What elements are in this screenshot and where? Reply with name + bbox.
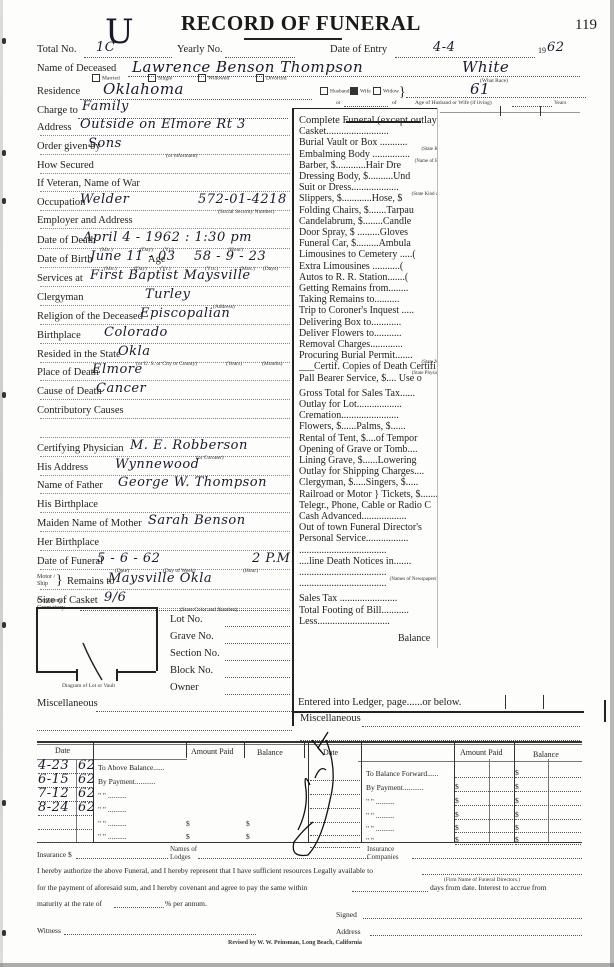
ledger-amount-field[interactable]: $ [186, 819, 190, 828]
field-note: (Social Security Number) [218, 209, 275, 215]
field-value[interactable]: 5 - 6 - 62 [97, 551, 160, 566]
field-value[interactable]: Elmore [92, 362, 143, 377]
dotted-leader [512, 106, 552, 107]
charge-item: Barber, $............Hair Dre [299, 160, 438, 171]
checkbox-checked[interactable] [350, 87, 358, 95]
checkbox-label: Divorced [266, 75, 286, 81]
ledger-amount-sign: $ [455, 810, 459, 819]
ledger-col [244, 743, 245, 758]
ledger-date-value[interactable]: 8-24 [38, 800, 69, 815]
date-of-entry-label: Date of Entry [330, 44, 387, 55]
lot-diagram-notch-left [76, 669, 78, 681]
years-label: Years [554, 100, 566, 106]
ledger-balance-field[interactable] [515, 805, 581, 806]
ledger-amount-sign: $ [455, 796, 459, 805]
witness-field[interactable] [64, 934, 256, 935]
charge-item: Total Footing of Bill........... [299, 605, 438, 616]
binder-hole-mark [2, 198, 6, 204]
field-value[interactable]: M. E. Robberson [130, 438, 248, 453]
dotted-leader [40, 135, 290, 136]
charge-item: Cash Advanced.................. [299, 511, 438, 522]
dotted-leader [76, 858, 168, 859]
maturity-text: maturity at the rate of [37, 899, 102, 908]
charge-item: Burial Vault or Box ........... [299, 137, 438, 148]
total-no-label: Total No. [37, 44, 77, 55]
field-value[interactable]: Outside on Elmore Rt 3 [80, 117, 246, 132]
date-of-entry-year[interactable]: 62 [547, 40, 565, 55]
revised-by-text: Revised by W. W. Peinsman, Long Beach, C… [228, 940, 362, 946]
ledger-description: " " .......... [98, 805, 127, 814]
days-text: days from date. Interest to accrue from [430, 883, 546, 892]
ledger-left-amount-header: Amount Paid [191, 747, 233, 756]
dotted-leader [38, 815, 92, 816]
dotted-leader [128, 76, 580, 77]
ledger-balance-field[interactable]: $ [246, 832, 250, 841]
field-note: (Days) [263, 266, 278, 272]
ledger-entry-text: Entered into Ledger, page......or below. [298, 697, 461, 708]
or-label: or [336, 100, 341, 106]
charge-item: Sales Tax ....................... [299, 593, 438, 604]
binder-hole-mark [2, 800, 6, 806]
ledger-description: " " .......... [366, 824, 395, 833]
field-label: Name of Father [37, 480, 103, 491]
ledger-description: " " .......... [98, 791, 127, 800]
binder-hole-mark [2, 930, 6, 936]
ledger-balance-sign: $ [515, 823, 519, 832]
field-label: Birthplace [37, 330, 81, 341]
charges-panel: Complete Funeral (except outlayCasket...… [292, 108, 438, 714]
dotted-leader [40, 343, 290, 344]
lot-field-input[interactable] [225, 677, 290, 678]
field-value[interactable]: Welder [80, 192, 129, 207]
charge-item: Clergyman, $.....Singers, $..... [299, 477, 438, 488]
residence-value[interactable]: Oklahoma [103, 80, 184, 98]
field-value[interactable]: April 4 - 1962 : 1:30 pm [83, 230, 252, 245]
date-of-entry-value[interactable]: 4-4 [433, 40, 455, 55]
ledger-description: " " .......... [366, 811, 395, 820]
lot-field-label: Section No. [170, 648, 220, 659]
lot-field-input[interactable] [225, 643, 290, 644]
binder-hole-mark [2, 150, 6, 156]
age-value[interactable]: 58 - 9 - 23 [194, 249, 266, 264]
dotted-leader [114, 907, 164, 908]
dotted-leader [362, 726, 580, 727]
ledger-balance-sign: $ [515, 835, 519, 844]
binder-hole-mark [2, 392, 6, 398]
charge-item: Casket......................... [299, 126, 438, 137]
lot-diagram-base-right [116, 671, 156, 673]
paid-in-full-mark: Paid in Full [300, 780, 305, 781]
dotted-leader [352, 891, 428, 892]
lot-field-input[interactable] [225, 660, 290, 661]
ledger-amount-field[interactable] [455, 805, 513, 806]
ledger-col [489, 759, 490, 843]
field-label: Place of Death [37, 367, 99, 378]
field-value[interactable]: Turley [145, 287, 190, 302]
panel-left-border [292, 108, 294, 726]
dotted-leader [40, 493, 290, 494]
dotted-leader [40, 380, 290, 381]
dotted-leader [422, 874, 582, 875]
field-note: (Months) [262, 361, 282, 367]
charge-item: Delivering Box to............ [299, 317, 438, 328]
dotted-leader [40, 399, 290, 400]
brace: } [399, 85, 406, 101]
marital-widowed[interactable]: Widowed [198, 74, 229, 82]
ledger-date-value[interactable]: 7-12 [38, 786, 69, 801]
ssn-value[interactable]: 572-01-4218 [198, 192, 287, 207]
checkbox[interactable] [320, 87, 328, 95]
ledger-year-value[interactable]: 62 [78, 786, 96, 801]
lot-field-label: Lot No. [170, 614, 203, 625]
name-of-deceased-label: Name of Deceased [37, 63, 116, 74]
address-label: Address [336, 927, 361, 936]
field-note: (Hour) [243, 568, 258, 574]
authorize-text: I hereby authorize the above Funeral, an… [37, 866, 373, 875]
field-label: Services at [37, 273, 83, 284]
field-label: Contributory Causes [37, 405, 124, 416]
dotted-leader [344, 106, 388, 107]
field-label: Religion of the Deceased [37, 311, 143, 322]
charge-item: Door Spray, $ .........Gloves [299, 227, 438, 238]
ledger-left-date-header: Date [55, 746, 70, 755]
page-number: 119 [575, 17, 597, 34]
ledger-amount-sign: $ [455, 835, 459, 844]
charge-item: Balance [398, 633, 537, 644]
pen-mark-icon [80, 640, 110, 685]
ledger-left-balance-header: Balance [257, 748, 283, 757]
ledger-year-value[interactable]: 62 [78, 800, 96, 815]
ledger-amount-sign: $ [455, 823, 459, 832]
charge-item: Taking Remains to.......... [299, 294, 438, 305]
spouse-wife[interactable]: Wife [350, 87, 371, 95]
charge-item: ................................... [299, 578, 438, 589]
field-value[interactable]: Sons [88, 136, 122, 151]
percent-text: % per annum. [165, 899, 207, 908]
field-label: His Birthplace [37, 499, 98, 510]
total-no-value[interactable]: 1C [96, 40, 115, 55]
tick [500, 106, 501, 116]
field-label: Date of Funeral [37, 556, 103, 567]
charge-item: Dressing Body, $..........Und [299, 171, 438, 182]
field-value[interactable]: Sarah Benson [148, 513, 246, 528]
field-note: (or Coroner) [196, 455, 224, 461]
ledger-amount-field[interactable] [455, 791, 513, 792]
field-label: Clergyman [37, 292, 83, 303]
charge-item: Telegr., Phone, Cable or Radio C [299, 500, 438, 511]
ledger-description: " " .......... [98, 819, 127, 828]
ledger-description: By Payment........... [98, 777, 156, 786]
charge-item: Less............................. [299, 616, 438, 627]
field-label: If Veteran, Name of War [37, 178, 140, 189]
checkbox-label: Husband [330, 88, 350, 94]
charge-to-value[interactable]: Family [82, 99, 129, 114]
charge-item: Rental of Tent, $....of Tempor [299, 433, 438, 444]
field-label: Employer and Address [37, 215, 133, 226]
checkbox[interactable] [373, 87, 381, 95]
field-value[interactable]: Colorado [104, 325, 168, 340]
ledger-description: " " .......... [366, 836, 395, 845]
ledger-amount-field[interactable] [455, 819, 513, 820]
dotted-leader [198, 858, 368, 859]
field-value[interactable]: First Baptist Maysville [90, 268, 251, 283]
ledger-tick [505, 695, 506, 709]
ledger-balance-field[interactable] [515, 791, 581, 792]
charge-item: ................................... [299, 545, 438, 556]
charge-item: Personal Service................. [299, 533, 438, 544]
binder-hole-mark [2, 622, 6, 628]
ledger-balance-field[interactable] [515, 777, 581, 778]
spouse-widow[interactable]: Widow [373, 87, 399, 95]
lot-field-label: Owner [170, 682, 199, 693]
charge-item: Folding Chairs, $.......Tarpau [299, 205, 438, 216]
checkbox-label: Wife [360, 88, 371, 94]
date-of-entry-year-prefix: 19 [538, 46, 546, 55]
field-value[interactable]: George W. Thompson [118, 475, 267, 490]
dotted-leader [40, 418, 290, 419]
age-note: Age of Husband or Wife (if living) [415, 100, 492, 106]
charge-item: Procuring Burial Permit....... [299, 350, 438, 361]
field-label: Maiden Name of Mother [37, 518, 142, 529]
ledger-description: " " .......... [98, 832, 127, 841]
field-label: Cause of Death [37, 386, 102, 397]
field-label: Certifying Physician [37, 443, 124, 454]
field-label: Resided in the State [37, 349, 121, 360]
address-field[interactable] [370, 935, 582, 936]
dotted-leader [40, 589, 290, 590]
lot-field-label: Grave No. [170, 631, 214, 642]
page-left-edge [0, 0, 3, 967]
funeral-record-page: U RECORD OF FUNERAL 119 Total No. 1C Yea… [0, 0, 614, 967]
ledger-balance-field[interactable] [515, 844, 581, 845]
ledger-description: " " .......... [366, 797, 395, 806]
dotted-leader [40, 154, 290, 155]
checkbox-label: Widow [383, 88, 399, 94]
ledger-right-amount-header: Amount Paid [460, 748, 502, 757]
marital-divorced[interactable]: Divorced [256, 74, 286, 82]
paid-in-full-signature-icon [288, 730, 348, 860]
charge-item: Railroad or Motor } Tickets, $........ A… [299, 489, 438, 500]
charge-to-label: Charge to [37, 105, 78, 116]
binder-hole-mark [2, 38, 6, 44]
brace: } [56, 573, 63, 589]
charge-item: Complete Funeral (except outlay [299, 115, 438, 126]
companies-label: Insurance Companies [367, 845, 411, 861]
field-label: How Secured [37, 160, 94, 171]
ledger-col [548, 759, 549, 843]
field-note: (Years) [226, 361, 242, 367]
spouse-age-value[interactable]: 61 [470, 80, 490, 98]
checkbox[interactable] [92, 74, 100, 82]
ledger-amount-field[interactable] [455, 832, 513, 833]
dotted-leader [37, 730, 292, 731]
charge-item: Deliver Flowers to........... [299, 328, 438, 339]
dotted-leader [412, 858, 582, 859]
field-label: Date of Birth [37, 254, 92, 265]
charge-item: Gross Total for Sales Tax...... [299, 388, 438, 399]
field-label: Address [37, 122, 71, 133]
charge-item: ....line Death Notices in....... [299, 556, 438, 567]
field-value[interactable]: Wynnewood [115, 457, 199, 472]
dotted-leader [40, 173, 290, 174]
lot-diagram-base-left [36, 671, 78, 673]
ledger-description: To Above Balance...... [98, 763, 165, 772]
charge-item: Outlay for Shipping Charges.... [299, 466, 438, 477]
field-value[interactable]: Okla [118, 344, 150, 359]
field-value[interactable]: Maysville Okla [108, 571, 212, 586]
ledger-balance-field[interactable] [515, 832, 581, 833]
ledger-balance-field[interactable] [515, 819, 581, 820]
tick [540, 106, 541, 116]
spouse-husband[interactable]: Husband [320, 87, 350, 95]
charge-item: Getting Remains from........ [299, 283, 438, 294]
lot-diagram-notch-right [116, 669, 118, 681]
signed-label: Signed [336, 910, 357, 919]
lot-field-input[interactable] [225, 694, 290, 695]
of-label: of [392, 100, 397, 106]
ledger-date-value[interactable]: 6-15 [38, 772, 69, 787]
ledger-balance-field[interactable]: $ [246, 819, 250, 828]
field-note: (or U. S. or City or County) [136, 361, 197, 367]
misc-left-label: Miscellaneous [37, 698, 98, 709]
ledger-col [186, 743, 187, 758]
top-partial-rule [440, 112, 580, 113]
ledger-amount-sign: $ [455, 782, 459, 791]
charge-item: Outlay for Lot.................. [299, 399, 438, 410]
dotted-leader [40, 531, 290, 532]
ledger-year-value[interactable]: 62 [78, 758, 96, 773]
payment-text: for the payment of aforesaid sum, and I … [37, 883, 307, 892]
ledger-right-balance-header: Balance [533, 750, 559, 759]
charge-item: Candelabrum, $........Candle [299, 216, 438, 227]
ledger-amount-field[interactable] [455, 777, 513, 778]
charge-item: Lining Grave, $......Lowering [299, 455, 438, 466]
charge-item: Slippers, $............Hose, $ [299, 193, 438, 204]
ledger-balance-sign: $ [515, 768, 519, 777]
page-title: RECORD OF FUNERAL [181, 11, 421, 36]
ledger-date-value[interactable]: 4-23 [38, 758, 69, 773]
field-label: Her Birthplace [37, 537, 99, 548]
checkbox[interactable] [198, 74, 206, 82]
field-label: Occupation [37, 197, 85, 208]
charge-item: Opening of Grave or Tomb.... [299, 444, 438, 455]
title-underline [244, 38, 342, 40]
field-label: His Address [37, 462, 88, 473]
ledger-amount-field[interactable] [455, 844, 513, 845]
checkbox[interactable] [256, 74, 264, 82]
field-value[interactable]: Episcopalian [140, 306, 230, 321]
field-value[interactable]: Cancer [96, 381, 146, 396]
dotted-leader [38, 829, 92, 830]
ledger-col [361, 743, 362, 843]
right-margin-bar [604, 700, 606, 722]
ledger-balance-sign: $ [515, 796, 519, 805]
misc-right-label: Miscellaneous [300, 713, 361, 724]
ledger-amount-field[interactable]: $ [186, 832, 190, 841]
ledger-description: To Balance Forward...... [366, 769, 438, 778]
dotted-leader [38, 842, 92, 843]
charge-item: Removal Charges............. [299, 339, 438, 350]
field-value[interactable]: 9/6 [104, 590, 126, 605]
charge-item: Cremation....................... [299, 410, 438, 421]
lot-field-label: Block No. [170, 665, 213, 676]
age-label: Age [148, 254, 166, 265]
page-bottom-edge [0, 963, 614, 967]
charge-item: Trip to Coroner's Inquest ..... [299, 305, 438, 316]
dotted-leader [96, 711, 292, 712]
ledger-year-value[interactable]: 62 [78, 772, 96, 787]
charge-item: Autos to R. R. Station.......( [299, 272, 438, 283]
charge-item: Flowers, $......Palms, $...... [299, 421, 438, 432]
charges-amount-column-edge [437, 108, 438, 648]
funeral-hour-value[interactable]: 2 P.M. [252, 551, 295, 566]
field-note: (or informant) [166, 153, 197, 159]
ledger-balance-sign: $ [515, 810, 519, 819]
page-right-edge [610, 0, 614, 967]
charge-item: Funeral Car, $.........Ambula [299, 238, 438, 249]
charge-item: Limousines to Cemetery .....( [299, 249, 438, 260]
ledger-tick [543, 695, 544, 709]
insurance-label: Insurance $ [37, 850, 72, 859]
signed-field[interactable] [363, 918, 582, 919]
race-value[interactable]: White [462, 58, 509, 76]
ledger-balance-sign: $ [515, 782, 519, 791]
yearly-no-label: Yearly No. [177, 44, 223, 55]
checkbox-label: Widowed [208, 75, 229, 81]
dotted-leader [40, 228, 290, 229]
charge-item: Pall Bearer Service, $.... Use o [299, 373, 438, 384]
dotted-leader [406, 97, 586, 98]
ledger-description: By Payment........... [366, 783, 424, 792]
residence-label: Residence [37, 86, 80, 97]
charge-item: Extra Limousines ...........( [299, 261, 438, 272]
lot-field-input[interactable] [225, 626, 290, 627]
charge-item: Out of town Funeral Director's [299, 522, 438, 533]
witness-label: Witness [37, 926, 61, 935]
